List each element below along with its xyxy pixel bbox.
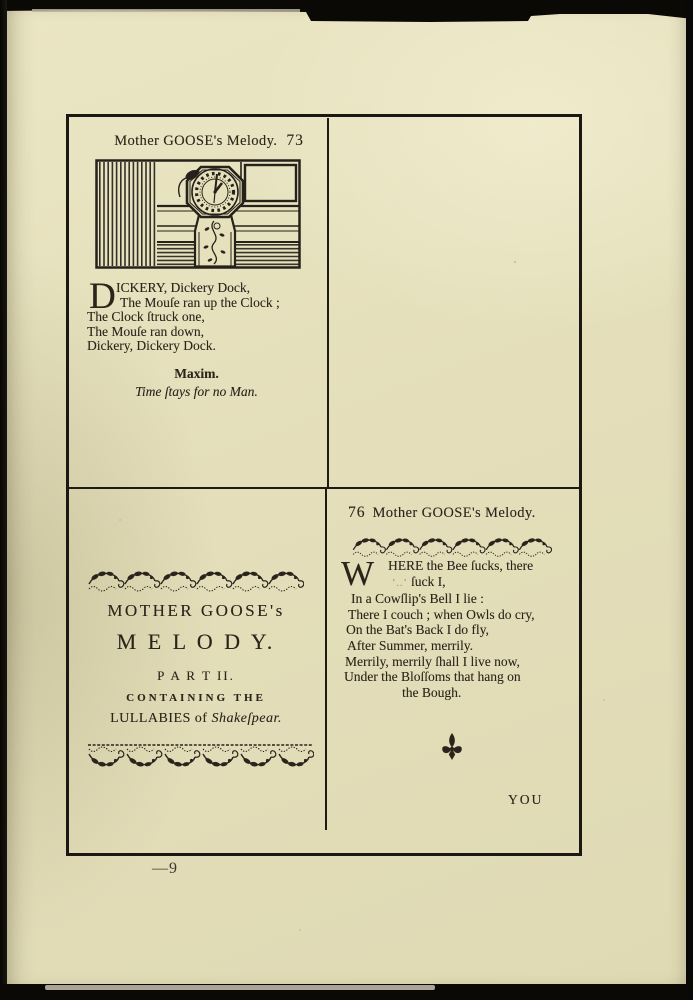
poem-line-text: ſuck I, <box>411 574 446 589</box>
fleuron-icon <box>440 731 464 761</box>
floral-garland-ornament <box>344 536 560 560</box>
part-number-line: P A R T II. <box>66 668 326 684</box>
poem-line: The Mouſe ran up the Clock ; <box>87 296 337 311</box>
poem-line: ’..’ ſuck I, <box>342 574 577 592</box>
poem-line: Merrily, merrily ſhall I live now, <box>342 654 577 670</box>
poem-line: Dickery, Dickery Dock. <box>87 339 337 354</box>
page-edge-sliver-bottom <box>45 985 435 990</box>
poem-line: On the Bat's Back I do fly, <box>342 622 577 638</box>
running-header-bottom-right: 76Mother GOOSE's Melody. <box>348 504 578 522</box>
poem-line: The Mouſe ran down, <box>87 325 337 340</box>
floral-garland-ornament-bottom <box>86 738 314 768</box>
clock-woodcut-illustration <box>95 159 301 269</box>
poem-line: HERE the Bee ſucks, there <box>342 558 577 574</box>
rhyme-where-the-bee-sucks: HERE the Bee ſucks, there ’..’ ſuck I, I… <box>342 558 577 700</box>
poem-line: In a Cowſlip's Bell I lie : <box>342 591 577 607</box>
clock-woodcut-svg <box>95 159 301 269</box>
maxim-text: Time ſtays for no Man. <box>66 384 327 400</box>
running-header-title: Mother GOOSE's Melody. <box>373 505 536 521</box>
running-header-top-left: Mother GOOSE's Melody.73 <box>72 132 338 150</box>
poem-line: The Clock ſtruck one, <box>87 310 337 325</box>
poem-line: Under the Bloſſoms that hang on <box>342 669 577 685</box>
catchword: YOU <box>508 792 543 808</box>
photo-right-edge <box>686 0 693 1000</box>
rhyme-dickery-dock: ICKERY, Dickery Dock, The Mouſe ran up t… <box>87 281 337 354</box>
drop-cap-d: D <box>89 283 116 311</box>
drop-cap-w: W <box>341 559 374 589</box>
photo-left-edge <box>0 0 7 1000</box>
margin-note: —9 <box>152 860 178 878</box>
poem-line: After Summer, merrily. <box>342 638 577 654</box>
lullabies-author: Shakeſpear. <box>211 711 281 726</box>
part-title-line2: M E L O D Y. <box>66 629 326 655</box>
page-number: 76 <box>348 504 366 521</box>
horizontal-rule <box>68 487 580 489</box>
lullabies-line: LULLABIES of Shakeſpear. <box>66 711 326 727</box>
running-header-title: Mother GOOSE's Melody. <box>114 133 277 149</box>
page-number: 73 <box>286 132 304 149</box>
poem-line: There I couch ; when Owls do cry, <box>342 607 577 623</box>
poem-line: ICKERY, Dickery Dock, <box>87 281 337 296</box>
ink-smudge: ’..’ <box>392 578 408 589</box>
vertical-rule-bottom <box>325 489 327 830</box>
floral-garland-ornament <box>88 569 304 595</box>
poem-line: the Bough. <box>342 685 577 701</box>
maxim-heading: Maxim. <box>66 366 327 382</box>
book-photo: Mother GOOSE's Melody.73 <box>0 0 693 1000</box>
lullabies-caps: LULLABIES <box>110 711 191 726</box>
containing-line: CONTAINING THE <box>66 692 326 704</box>
part-title-line1: MOTHER GOOSE's <box>66 601 326 621</box>
page-edge-sliver-top <box>32 9 300 12</box>
lullabies-of: of <box>195 711 208 726</box>
